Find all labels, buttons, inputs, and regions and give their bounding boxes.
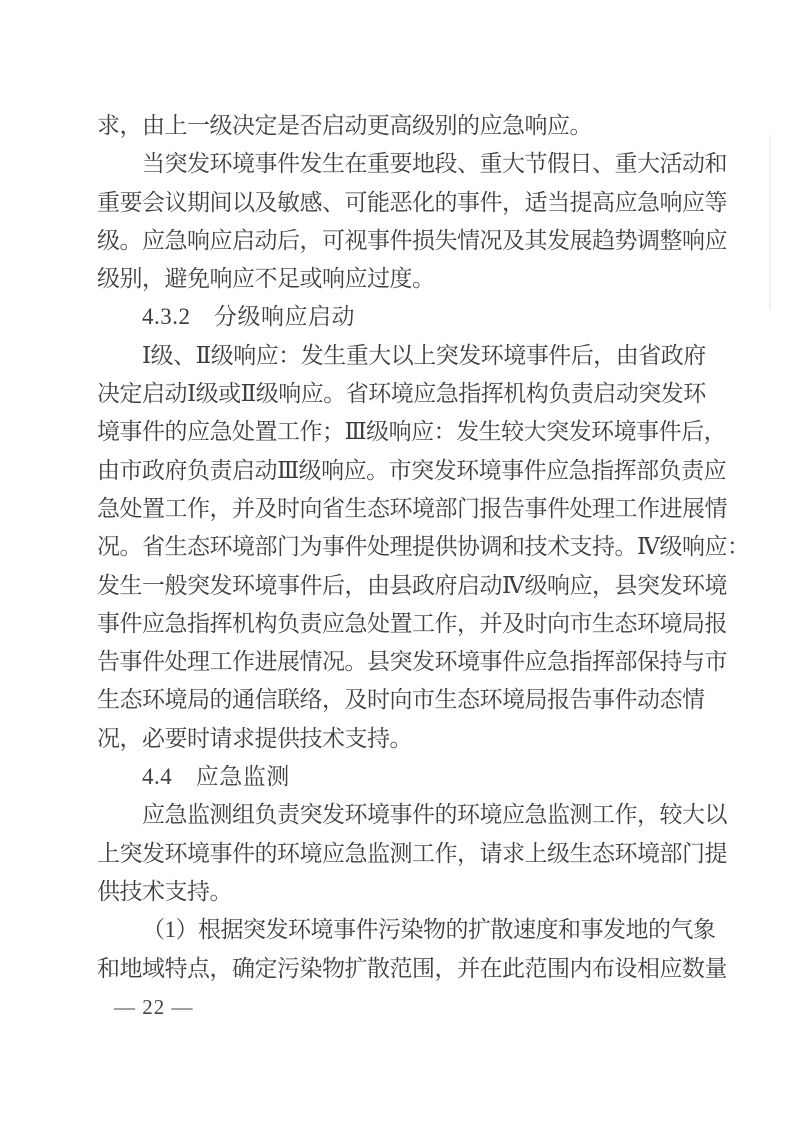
text-line: 级。应急响应启动后，可视事件损失情况及其发展趋势调整响应: [97, 222, 701, 260]
text-line: 发生一般突发环境事件后，由县政府启动Ⅳ级响应，县突发环境: [97, 567, 701, 605]
text-line: 生态环境局的通信联络，及时向市生态环境局报告事件动态情: [97, 681, 701, 719]
text-line: （1）根据突发环境事件污染物的扩散速度和事发地的气象: [97, 911, 701, 949]
text-line: 事件应急指挥机构负责应急处置工作，并及时向市生态环境局报: [97, 605, 701, 643]
text-line: 当突发环境事件发生在重要地段、重大节假日、重大活动和: [97, 145, 701, 183]
text-line: 由市政府负责启动Ⅲ级响应。市突发环境事件应急指挥部负责应: [97, 452, 701, 490]
document-page: 求，由上一级决定是否启动更高级别的应急响应。当突发环境事件发生在重要地段、重大节…: [0, 0, 793, 1122]
document-body: 求，由上一级决定是否启动更高级别的应急响应。当突发环境事件发生在重要地段、重大节…: [97, 107, 701, 988]
text-line: 4.3.2 分级响应启动: [97, 298, 701, 336]
text-line: 上突发环境事件的环境应急监测工作，请求上级生态环境部门提: [97, 835, 701, 873]
text-line: 应急监测组负责突发环境事件的环境应急监测工作，较大以: [97, 796, 701, 834]
text-line: 决定启动Ⅰ级或Ⅱ级响应。省环境应急指挥机构负责启动突发环: [97, 375, 701, 413]
text-line: 供技术支持。: [97, 873, 701, 911]
text-line: 重要会议期间以及敏感、可能恶化的事件，适当提高应急响应等: [97, 184, 701, 222]
text-line: 级别，避免响应不足或响应过度。: [97, 260, 701, 298]
text-line: Ⅰ级、Ⅱ级响应：发生重大以上突发环境事件后，由省政府: [97, 337, 701, 375]
text-line: 4.4 应急监测: [97, 758, 701, 796]
text-line: 求，由上一级决定是否启动更高级别的应急响应。: [97, 107, 701, 145]
page-number: — 22 —: [114, 995, 194, 1020]
text-line: 急处置工作，并及时向省生态环境部门报告事件处理工作进展情: [97, 490, 701, 528]
scan-artifact-line: [769, 135, 771, 310]
text-line: 况。省生态环境部门为事件处理提供协调和技术支持。Ⅳ级响应：: [97, 528, 701, 566]
text-line: 和地域特点，确定污染物扩散范围，并在此范围内布设相应数量: [97, 950, 701, 988]
text-line: 况，必要时请求提供技术支持。: [97, 720, 701, 758]
text-line: 境事件的应急处置工作；Ⅲ级响应：发生较大突发环境事件后，: [97, 413, 701, 451]
text-line: 告事件处理工作进展情况。县突发环境事件应急指挥部保持与市: [97, 643, 701, 681]
